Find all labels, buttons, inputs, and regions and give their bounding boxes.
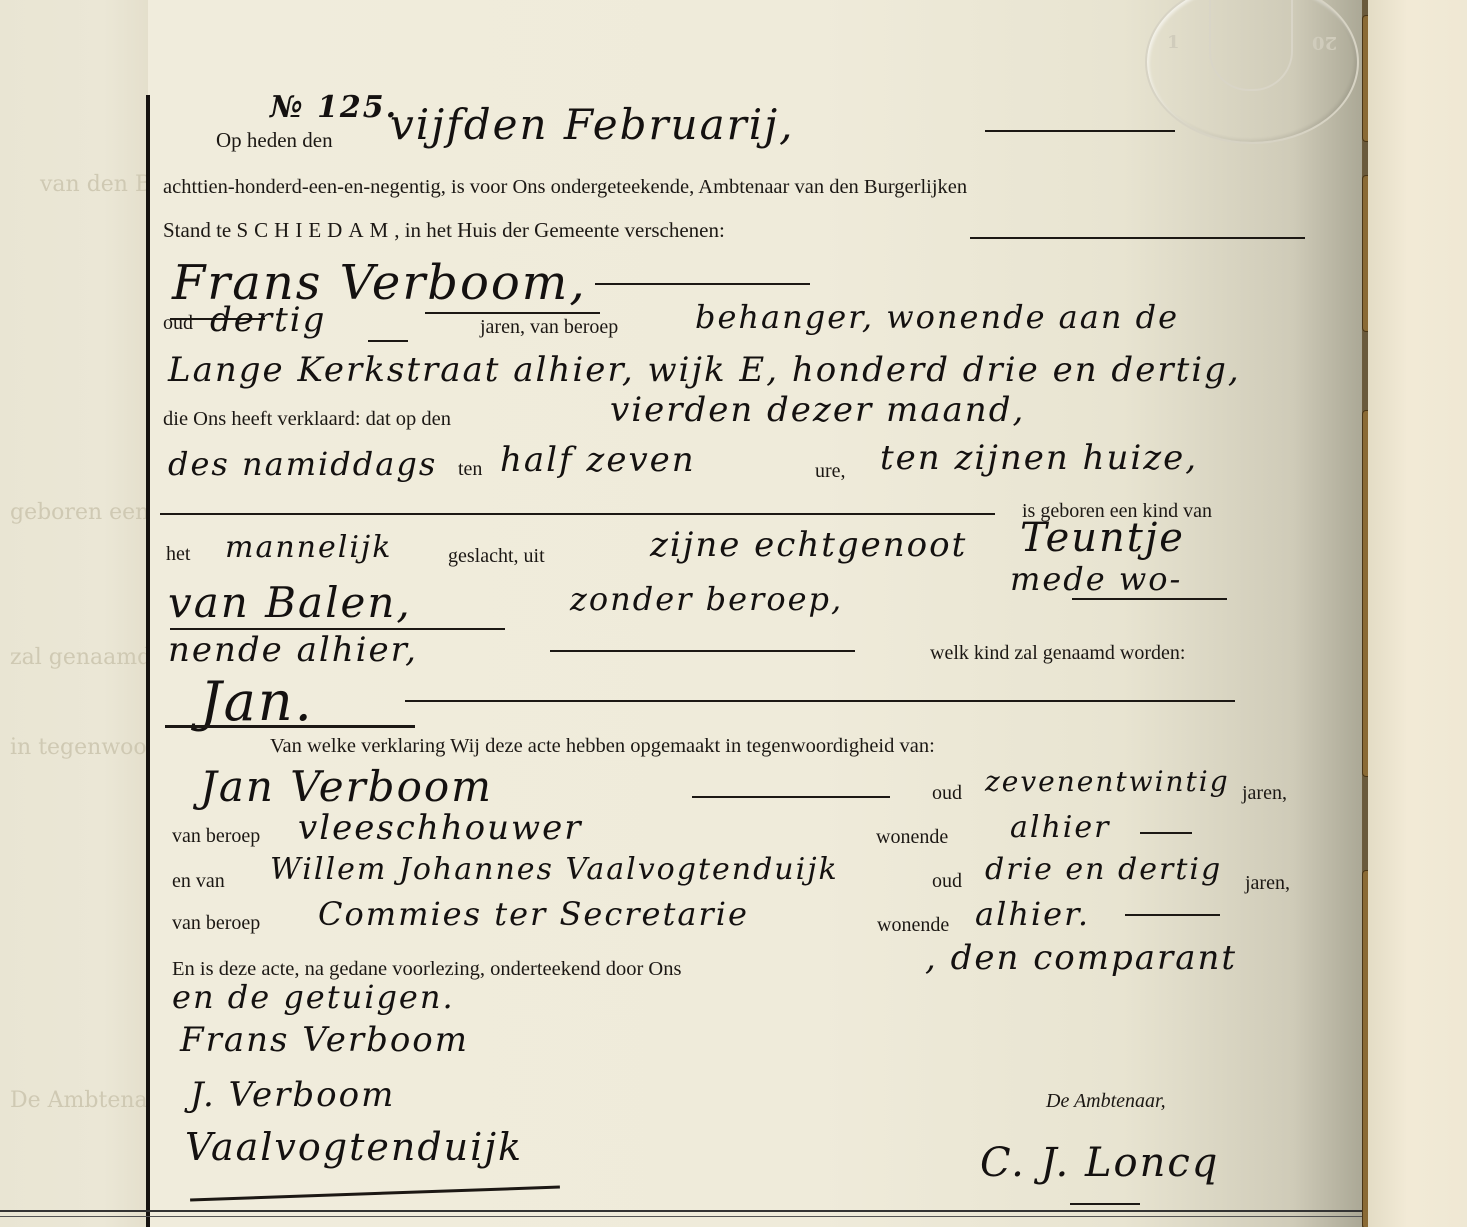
handwritten-witness1-residence: alhier (1010, 810, 1111, 845)
fill-line (368, 340, 408, 342)
printed-text: jaren, van beroep (480, 316, 618, 339)
printed-text: oud (932, 870, 962, 893)
printed-text: en van (172, 870, 225, 893)
fill-line (692, 796, 890, 798)
handwritten-sex: mannelijk (225, 530, 392, 565)
printed-text: van beroep (172, 825, 260, 848)
fill-line (1125, 914, 1220, 916)
fill-line (550, 650, 855, 652)
fill-line (985, 130, 1175, 132)
left-page: van den Bu geboren een k zal genaamd in … (0, 0, 148, 1227)
printed-text: het (166, 543, 190, 566)
printed-text: welk kind zal genaamd worden: (930, 642, 1185, 665)
handwritten-address: Lange Kerkstraat alhier, wijk E, honderd… (168, 350, 1241, 390)
printed-text: ten (458, 458, 482, 481)
right-page (1368, 0, 1467, 1227)
signature-declarant: Frans Verboom (180, 1020, 469, 1060)
record-number: № 125. (270, 90, 398, 125)
fill-line (405, 700, 1235, 702)
printed-text: geslacht, uit (448, 545, 545, 568)
printed-text: wonende (876, 826, 948, 849)
fill-line (160, 513, 995, 515)
city-name: SCHIEDAM (237, 218, 395, 242)
printed-text: ure, (815, 460, 846, 483)
fill-line (595, 283, 810, 285)
handwritten-witness2-age: drie en dertig (985, 852, 1222, 887)
handwritten-birth-place: ten zijnen huize, (880, 438, 1198, 478)
handwritten-residence-note: mede wo- (1010, 560, 1182, 598)
handwritten-declarant-occupation: behanger, wonende aan de (695, 298, 1179, 336)
underline (165, 725, 415, 728)
printed-text: wonende (877, 914, 949, 937)
signature-official: C. J. Loncq (980, 1140, 1219, 1186)
handwritten-residence-note: nende alhier, (168, 630, 418, 670)
underline (425, 312, 600, 314)
printed-text: Stand te SCHIEDAM, in het Huis der Gemee… (163, 218, 725, 243)
printed-text: van beroep (172, 912, 260, 935)
official-title: De Ambtenaar, (1046, 1090, 1166, 1113)
fill-line (970, 237, 1305, 239)
coat-of-arms-icon (1209, 0, 1293, 91)
handwritten-date: vijfden Februarij, (390, 100, 795, 149)
handwritten-closing-addition: en de getuigen. (172, 978, 455, 1016)
signature-witness2: Vaalvogtenduijk (185, 1125, 523, 1169)
printed-text: jaren, (1242, 782, 1287, 805)
fill-line (1140, 832, 1192, 834)
handwritten-witness1-occupation: vleeschhouwer (298, 808, 582, 848)
signature-flourish (1070, 1203, 1140, 1205)
printed-text: jaren, (1245, 872, 1290, 895)
printed-text: Van welke verklaring Wij deze acte hebbe… (270, 735, 935, 758)
handwritten-declarant-age: dertig (210, 300, 326, 340)
printed-text: Op heden den (216, 128, 333, 153)
printed-text: oud (932, 782, 962, 805)
handwritten-birth-time: half zeven (500, 440, 696, 480)
handwritten-closing-addition: , den comparant (925, 938, 1237, 978)
handwritten-witness2-name: Willem Johannes Vaalvogtenduijk (270, 852, 839, 887)
handwritten-mother-occupation: zonder beroep, (570, 580, 843, 618)
signature-witness1: J. Verboom (190, 1075, 395, 1115)
handwritten-witness2-occupation: Commies ter Secretarie (318, 895, 749, 933)
printed-text: achttien-honderd-een-en-negentig, is voo… (163, 176, 967, 199)
handwritten-mother-last-name: van Balen, (168, 578, 412, 627)
margin-rule (146, 95, 150, 1227)
handwritten-mother-intro: zijne echtgenoot (650, 525, 967, 565)
handwritten-time-prefix: des namiddags (168, 445, 437, 483)
printed-text: die Ons heeft verklaard: dat op den (163, 408, 451, 431)
handwritten-mother-first-name: Teuntje (1020, 515, 1185, 561)
handwritten-witness1-name: Jan Verboom (200, 762, 493, 811)
bottom-rule (0, 1210, 1362, 1212)
handwritten-child-name: Jan. (200, 670, 314, 733)
printed-text: oud (163, 312, 193, 335)
handwritten-witness1-age: zevenentwintig (985, 765, 1230, 798)
bottom-rule (0, 1216, 1362, 1217)
handwritten-birth-date: vierden dezer maand, (610, 390, 1025, 430)
underline (1072, 598, 1227, 600)
handwritten-witness2-residence: alhier. (975, 895, 1090, 933)
ghost-text: zal genaamd (10, 645, 151, 670)
